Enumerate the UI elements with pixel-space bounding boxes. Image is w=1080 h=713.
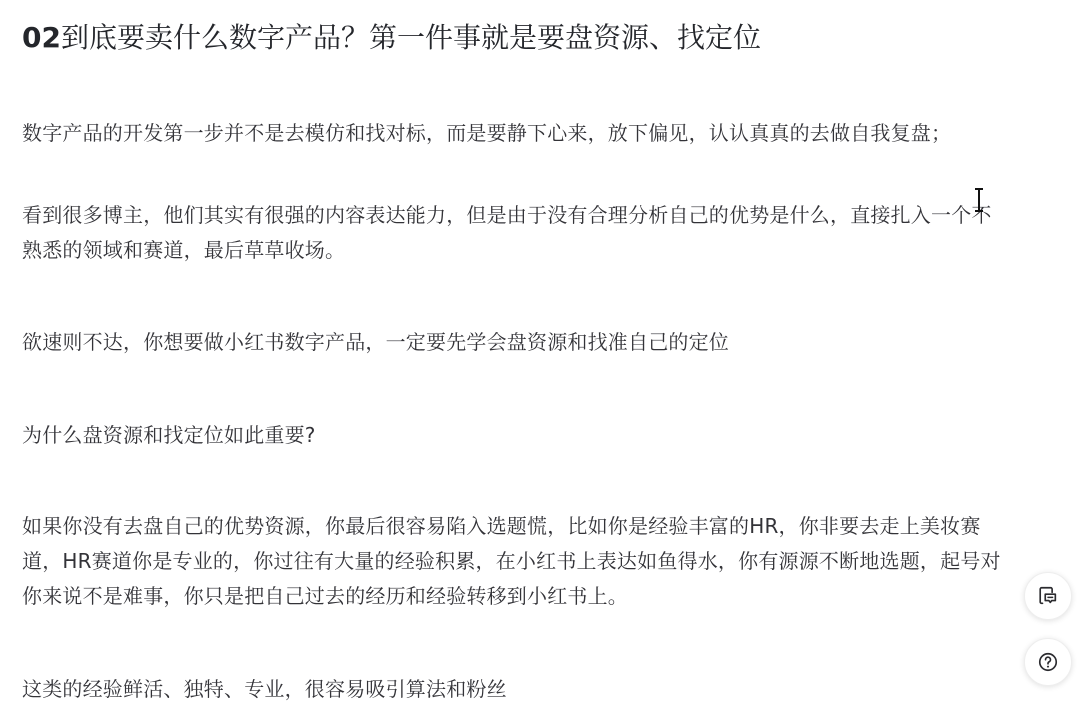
paragraph: 数字产品的开发第一步并不是去模仿和找对标，而是要静下心来，放下偏见，认认真真的去… (22, 116, 1002, 151)
title-text: 到底要卖什么数字产品？第一件事就是要盘资源、找定位 (61, 21, 761, 54)
paragraph: 看到很多博主，他们其实有很强的内容表达能力，但是由于没有合理分析自己的优势是什么… (22, 198, 1002, 268)
text-cursor-icon (973, 188, 985, 212)
feedback-button[interactable] (1024, 572, 1072, 620)
feedback-icon (1037, 585, 1059, 607)
title-number: 02 (22, 21, 61, 54)
help-icon (1037, 651, 1059, 673)
paragraph: 这类的经验鲜活、独特、专业，很容易吸引算法和粉丝 (22, 672, 1002, 707)
article-title: 02到底要卖什么数字产品？第一件事就是要盘资源、找定位 (22, 18, 761, 58)
paragraph: 欲速则不达，你想要做小红书数字产品，一定要先学会盘资源和找准自己的定位 (22, 325, 1002, 360)
help-button[interactable] (1024, 638, 1072, 686)
paragraph: 为什么盘资源和找定位如此重要? (22, 418, 1002, 453)
paragraph: 如果你没有去盘自己的优势资源，你最后很容易陷入选题慌，比如你是经验丰富的HR，你… (22, 509, 1002, 614)
